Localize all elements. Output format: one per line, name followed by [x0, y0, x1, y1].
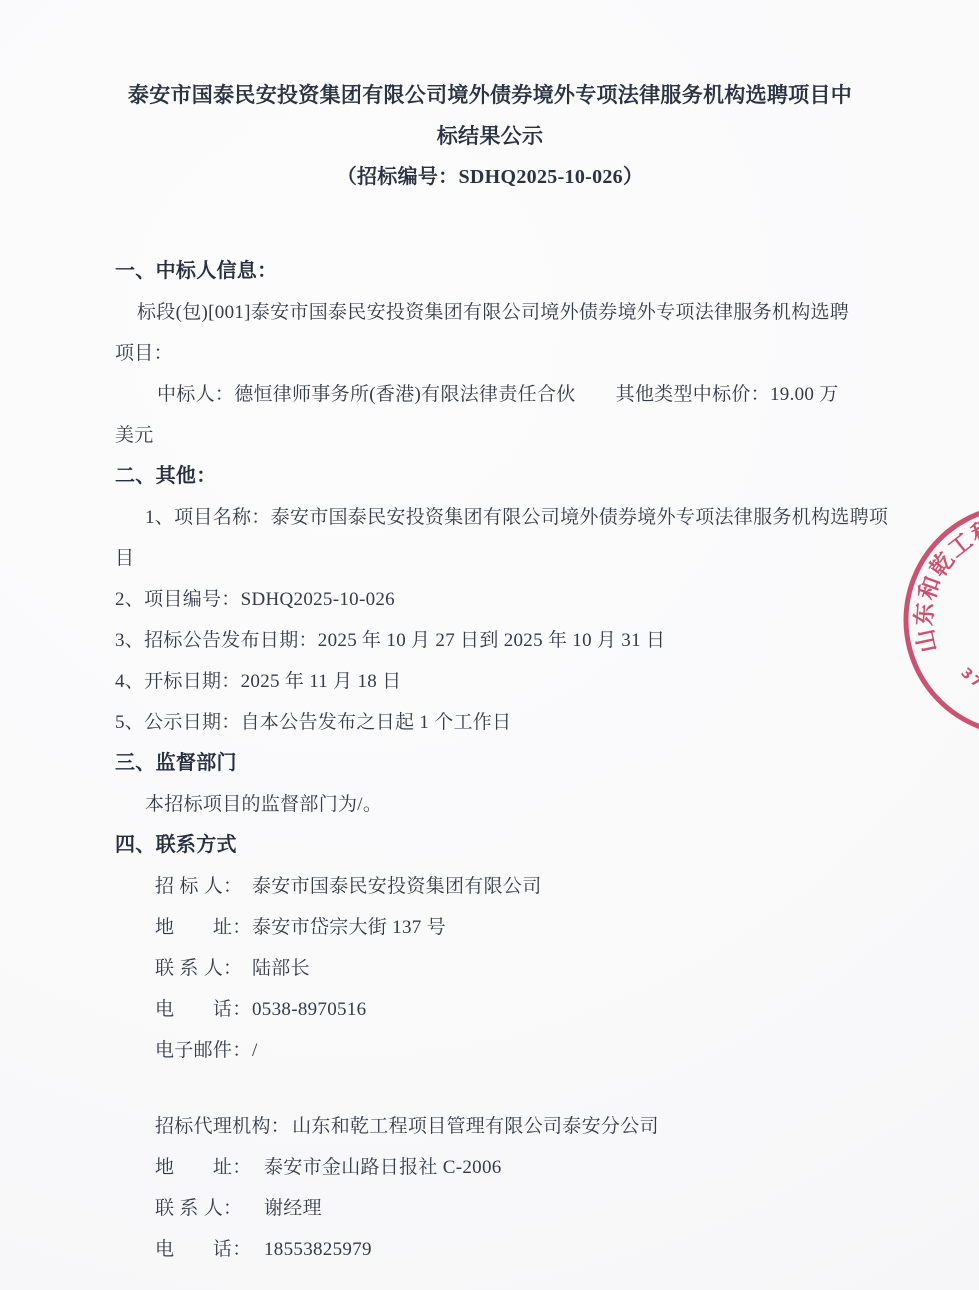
agency-contactperson-row: 联 系 人：谢经理	[155, 1188, 865, 1229]
contact-person-label: 联 系 人：	[155, 948, 252, 989]
section-winner-info: 一、中标人信息： 标段(包)[001]泰安市国泰民安投资集团有限公司境外债券境外…	[115, 251, 865, 456]
agency-contact-block: 招标代理机构：山东和乾工程项目管理有限公司泰安分公司 地 址：泰安市金山路日报社…	[155, 1106, 865, 1270]
agency-label: 招标代理机构：	[155, 1106, 290, 1147]
project-number-item: 2、项目编号：SDHQ2025-10-026	[115, 579, 865, 620]
tenderer-contactperson-row: 联 系 人：陆部长	[155, 948, 865, 989]
document-content: 泰安市国泰民安投资集团有限公司境外债券境外专项法律服务机构选聘项目中 标结果公示…	[0, 0, 979, 1270]
email-value: /	[252, 1040, 258, 1061]
bid-price: 其他类型中标价：19.00 万	[616, 384, 839, 405]
tenderer-phone-row: 电 话：0538-8970516	[155, 989, 865, 1030]
agency-contact-person-label: 联 系 人：	[155, 1188, 252, 1229]
tenderer-value: 泰安市国泰民安投资集团有限公司	[252, 876, 542, 897]
page-title-line-1: 泰安市国泰民安投资集团有限公司境外债券境外专项法律服务机构选聘项目中	[115, 75, 865, 116]
section2-heading: 二、其他：	[115, 456, 865, 497]
page-title-line-2: 标结果公示	[115, 116, 865, 157]
seal-serial-number: 3709	[957, 665, 979, 703]
agency-contact-person-value: 谢经理	[252, 1198, 322, 1219]
publicity-period-item: 5、公示日期：自本公告发布之日起 1 个工作日	[115, 702, 865, 743]
section-contact: 四、联系方式 招 标 人：泰安市国泰民安投资集团有限公司 地 址：泰安市岱宗大街…	[115, 825, 865, 1270]
agency-phone-label: 电 话：	[155, 1229, 252, 1270]
title-block: 泰安市国泰民安投资集团有限公司境外债券境外专项法律服务机构选聘项目中 标结果公示…	[115, 75, 865, 198]
currency-wrap-line: 美元	[115, 415, 865, 456]
agency-address-value: 泰安市金山路日报社 C-2006	[252, 1157, 502, 1178]
agency-address-row: 地 址：泰安市金山路日报社 C-2006	[155, 1147, 865, 1188]
contact-person-value: 陆部长	[252, 958, 310, 979]
phone-value: 0538-8970516	[252, 999, 366, 1020]
bid-opening-date-item: 4、开标日期：2025 年 11 月 18 日	[115, 661, 865, 702]
agency-name-row: 招标代理机构：山东和乾工程项目管理有限公司泰安分公司	[155, 1106, 865, 1147]
supervision-body: 本招标项目的监督部门为/。	[115, 784, 865, 825]
project-name-item: 1、项目名称：泰安市国泰民安投资集团有限公司境外债券境外专项法律服务机构选聘项目	[115, 497, 890, 579]
company-seal: 山东和乾工程项目管理有限公司 3709	[880, 490, 979, 770]
email-label: 电子邮件：	[155, 1030, 252, 1071]
tenderer-contact-block: 招 标 人：泰安市国泰民安投资集团有限公司 地 址：泰安市岱宗大街 137 号 …	[155, 866, 865, 1071]
winner-name: 中标人：德恒律师事务所(香港)有限法律责任合伙	[157, 384, 576, 405]
bid-number-line: （招标编号：SDHQ2025-10-026）	[115, 157, 865, 198]
section3-heading: 三、监督部门	[115, 743, 865, 784]
lot-paragraph: 标段(包)[001]泰安市国泰民安投资集团有限公司境外债券境外专项法律服务机构选…	[115, 292, 860, 374]
winner-line: 中标人：德恒律师事务所(香港)有限法律责任合伙其他类型中标价：19.00 万	[115, 374, 865, 415]
section-other: 二、其他： 1、项目名称：泰安市国泰民安投资集团有限公司境外债券境外专项法律服务…	[115, 456, 865, 743]
agency-address-label: 地 址：	[155, 1147, 252, 1188]
agency-value: 山东和乾工程项目管理有限公司泰安分公司	[290, 1116, 659, 1137]
tenderer-email-row: 电子邮件：/	[155, 1030, 865, 1071]
address-value: 泰安市岱宗大街 137 号	[252, 917, 446, 938]
address-label: 地 址：	[155, 907, 252, 948]
tenderer-name-row: 招 标 人：泰安市国泰民安投资集团有限公司	[155, 866, 865, 907]
tenderer-address-row: 地 址：泰安市岱宗大街 137 号	[155, 907, 865, 948]
document-page: 泰安市国泰民安投资集团有限公司境外债券境外专项法律服务机构选聘项目中 标结果公示…	[0, 0, 979, 1290]
section4-heading: 四、联系方式	[115, 825, 865, 866]
section1-heading: 一、中标人信息：	[115, 251, 865, 292]
tenderer-label: 招 标 人：	[155, 866, 252, 907]
section-supervision: 三、监督部门 本招标项目的监督部门为/。	[115, 743, 865, 825]
agency-phone-value: 18553825979	[252, 1239, 372, 1260]
phone-label: 电 话：	[155, 989, 252, 1030]
announcement-date-item: 3、招标公告发布日期：2025 年 10 月 27 日到 2025 年 10 月…	[115, 620, 865, 661]
agency-phone-row: 电 话：18553825979	[155, 1229, 865, 1270]
